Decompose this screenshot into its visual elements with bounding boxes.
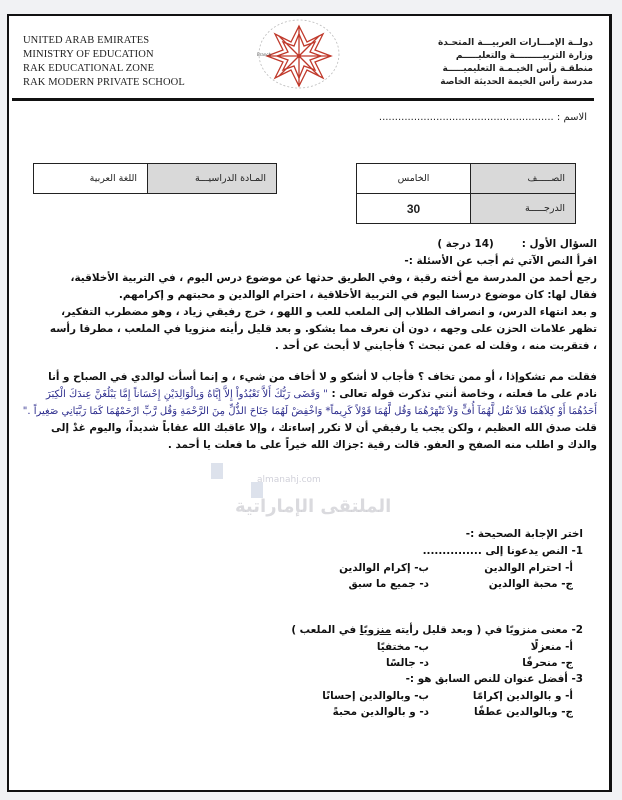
passage-verse-paragraph: نادم على ما فعلته ، وخاصة أنني تذكرت قول… [17, 386, 597, 420]
watermark-text: الملتقى الإماراتية [235, 496, 391, 517]
passage-line: فقلت مم تشكوإذا ، أو ممن تخاف ؟ فأجاب لا… [17, 369, 597, 386]
class-label: الصـــــف [471, 164, 576, 194]
option-b[interactable]: ب- إكرام الوالدين [275, 560, 429, 576]
option-b[interactable]: ب- مختفيًا [275, 639, 429, 655]
mcq-options-row: ج- منحرفًا د- جالسًا [275, 655, 583, 671]
header-en-line: RAK EDUCATIONAL ZONE [23, 62, 185, 76]
question1-heading: السؤال الأول : (14 درجة ) [17, 236, 597, 253]
underlined-word: منزويًا [360, 624, 391, 636]
passage-line: والدك و اطلب منه الصفح و العفو. قالت رقي… [17, 437, 597, 454]
option-a[interactable]: أ- احترام الوالدين [429, 560, 583, 576]
mcq-options-row: أ- احترام الوالدين ب- إكرام الوالدين [275, 560, 583, 576]
passage-line: ، فتقربت منه ، وقلت له عمن تبحث ؟ فأجابن… [17, 338, 597, 355]
option-a[interactable]: أ- و بالوالدين إكرامًا [429, 688, 583, 704]
option-b[interactable]: ب- وبالوالدين إحسانًا [275, 688, 429, 704]
option-d[interactable]: د- و بالوالدين محبةً [275, 704, 429, 720]
school-star-logo-icon: Branch [249, 16, 349, 94]
option-a[interactable]: أ- منعزلًا [429, 639, 583, 655]
passage-line: و بعد انتهاء الدرس، و انصراف الطلاب إلى … [17, 304, 597, 321]
question1-instruction: اقرأ النص الآتي ثم أجب عن الأسئلة :- [17, 253, 597, 270]
name-label: الاسم : [557, 112, 587, 123]
header-en-line: UNITED ARAB EMIRATES [23, 34, 185, 48]
grade-value: 30 [357, 194, 471, 224]
subject-table: المـادة الدراسيـــة اللغة العربية [33, 163, 277, 194]
class-grade-table: الصـــــف الخامس الدرجـــــة 30 [356, 163, 576, 224]
option-c[interactable]: ج- منحرفًا [429, 655, 583, 671]
mcq-question-3: 3- أفضل عنوان للنص السابق هو :- [275, 671, 583, 688]
header-divider [12, 98, 594, 101]
header-ar-line: مدرسة رأس الخيمة الحديثة الخاصة [438, 76, 593, 89]
mcq-question-2: 2- معنى منزويًا في ( وبعد قليل رأيته منز… [275, 622, 583, 639]
header-english: UNITED ARAB EMIRATES MINISTRY OF EDUCATI… [23, 34, 185, 90]
option-d[interactable]: د- جالسًا [275, 655, 429, 671]
header-en-line: RAK MODERN PRIVATE SCHOOL [23, 76, 185, 90]
header-ar-line: منطقـة رأس الخيـمـة التعليميـــــة [438, 63, 593, 76]
mcq-question-1: 1- النص يدعونا إلى ............... [275, 543, 583, 560]
passage-line: تظهر علامات الحزن على وجهه ، دون أن نعرف… [17, 321, 597, 338]
passage-line: نادم على ما فعلته ، وخاصة أنني تذكرت قول… [331, 388, 597, 400]
question1-marks: (14 درجة ) [437, 236, 493, 253]
header-arabic: دولــة الإمـــارات العربيـــة المتحـدة و… [438, 37, 593, 89]
question1-passage: السؤال الأول : (14 درجة ) اقرأ النص الآت… [17, 236, 597, 454]
mcq-section: اختر الإجابة الصحيحة :- 1- النص يدعونا إ… [275, 526, 583, 720]
passage-line: رجع أحمد من المدرسة مع أخته رقية ، وفي ا… [17, 270, 597, 287]
watermark-url: almanahj.com [257, 475, 321, 485]
option-c[interactable]: ج- وبالوالدين عطفًا [429, 704, 583, 720]
text-selection-highlight [211, 463, 223, 479]
svg-text:Branch: Branch [257, 52, 272, 57]
grade-label: الدرجـــــة [471, 194, 576, 224]
subject-value: اللغة العربية [34, 164, 148, 194]
mcq-options-row: ج- محبة الوالدين د- جميع ما سبق [275, 576, 583, 592]
header-ar-line: وزارة التربيـــــــــة والتعليـــــم [438, 50, 593, 63]
name-value: ........................................… [379, 112, 554, 123]
passage-line: قلت صدق الله العظيم ، ولكن يجب يا رفيقي … [17, 420, 597, 437]
mcq-instruction: اختر الإجابة الصحيحة :- [275, 526, 583, 543]
exam-page: UNITED ARAB EMIRATES MINISTRY OF EDUCATI… [7, 14, 612, 792]
mcq-options-row: ج- وبالوالدين عطفًا د- و بالوالدين محبةً [275, 704, 583, 720]
mcq-options-row: أ- و بالوالدين إكرامًا ب- وبالوالدين إحس… [275, 688, 583, 704]
subject-label: المـادة الدراسيـــة [148, 164, 277, 194]
option-c[interactable]: ج- محبة الوالدين [429, 576, 583, 592]
class-value: الخامس [357, 164, 471, 194]
mcq-options-row: أ- منعزلًا ب- مختفيًا [275, 639, 583, 655]
header-en-line: MINISTRY OF EDUCATION [23, 48, 185, 62]
question1-title: السؤال الأول : [522, 236, 597, 253]
header-ar-line: دولــة الإمـــارات العربيـــة المتحـدة [438, 37, 593, 50]
passage-line: فقال لها: كان موضوع درسنا اليوم في الترب… [17, 287, 597, 304]
option-d[interactable]: د- جميع ما سبق [275, 576, 429, 592]
student-name-field[interactable]: الاسم : ................................… [379, 112, 587, 123]
